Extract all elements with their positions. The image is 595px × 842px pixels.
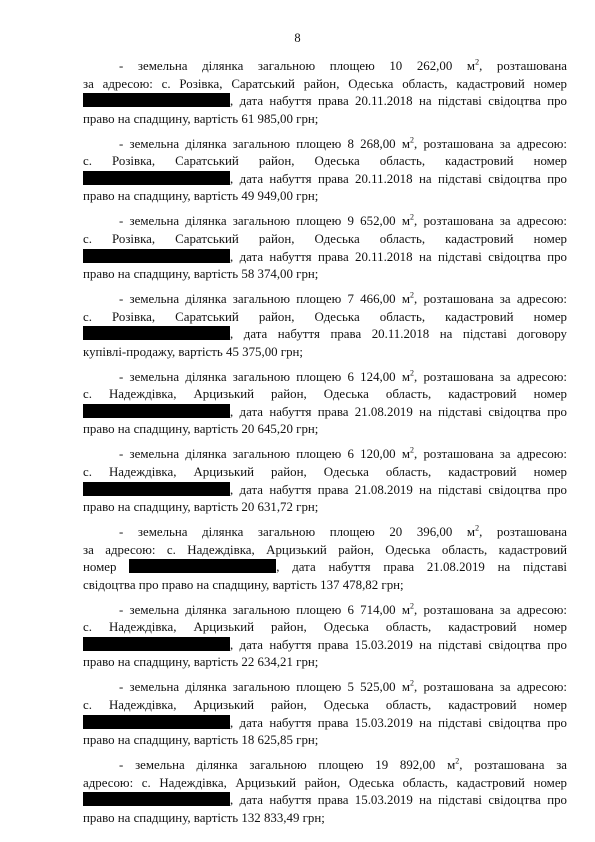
text-line: , дата набуття права 20.11.2018 на підст… xyxy=(83,326,567,344)
redacted-cadastral-number xyxy=(83,637,230,651)
list-item: - земельна ділянка загальною площею 9 65… xyxy=(83,213,567,283)
text-line: право на спадщину, вартість 132 833,49 г… xyxy=(83,810,567,828)
text-line: право на спадщину, вартість 18 625,85 гр… xyxy=(83,732,567,750)
redacted-cadastral-number xyxy=(83,792,230,806)
text-line: , дата набуття права 15.03.2019 на підст… xyxy=(83,637,567,655)
list-item: - земельна ділянка загальною площею 8 26… xyxy=(83,136,567,206)
redacted-cadastral-number xyxy=(83,326,230,340)
text-line: с. Розівка, Саратський район, Одеська об… xyxy=(83,153,567,171)
list-item: - земельна ділянка загальною площею 6 12… xyxy=(83,446,567,516)
text-line: - земельна ділянка загальною площею 9 65… xyxy=(83,213,567,231)
text-line: - земельна ділянка загальною площею 6 12… xyxy=(83,369,567,387)
text-line: , дата набуття права 21.08.2019 на підст… xyxy=(83,404,567,422)
text-line: - земельна ділянка загальною площею 20 3… xyxy=(83,524,567,542)
text-line: - земельна ділянка загальною площею 6 71… xyxy=(83,602,567,620)
text-line: , дата набуття права 20.11.2018 на підст… xyxy=(83,249,567,267)
text-line: право на спадщину, вартість 20 645,20 гр… xyxy=(83,421,567,439)
text-line: , дата набуття права 20.11.2018 на підст… xyxy=(83,93,567,111)
text-line: с. Надеждівка, Арцизький район, Одеська … xyxy=(83,619,567,637)
text-line: право на спадщину, вартість 58 374,00 гр… xyxy=(83,266,567,284)
text-line: за адресою: с. Розівка, Саратський район… xyxy=(83,76,567,94)
text-line: свідоцтва про право на спадщину, вартіст… xyxy=(83,577,567,595)
text-line: - земельна ділянка загальною площею 6 12… xyxy=(83,446,567,464)
redacted-cadastral-number xyxy=(83,93,230,107)
text-line: - земельна ділянка загальною площею 8 26… xyxy=(83,136,567,154)
redacted-cadastral-number xyxy=(83,715,230,729)
text-line: за адресою: с. Надеждівка, Арцизький рай… xyxy=(83,542,567,560)
text-line: право на спадщину, вартість 49 949,00 гр… xyxy=(83,188,567,206)
text-line: право на спадщину, вартість 22 634,21 гр… xyxy=(83,654,567,672)
text-line: с. Надеждівка, Арцизький район, Одеська … xyxy=(83,697,567,715)
document-body: - земельна ділянка загальною площею 10 2… xyxy=(83,58,567,835)
text-line: с. Розівка, Саратський район, Одеська об… xyxy=(83,231,567,249)
redacted-cadastral-number xyxy=(83,171,230,185)
text-line: , дата набуття права 20.11.2018 на підст… xyxy=(83,171,567,189)
redacted-cadastral-number xyxy=(83,249,230,263)
text-line: - земельна ділянка загальною площею 5 52… xyxy=(83,679,567,697)
list-item: - земельна ділянка загальною площею 10 2… xyxy=(83,58,567,128)
list-item: - земельна ділянка загальною площею 5 52… xyxy=(83,679,567,749)
redacted-cadastral-number xyxy=(83,482,230,496)
text-line: адресою: с. Надеждівка, Арцизький район,… xyxy=(83,775,567,793)
redacted-cadastral-number xyxy=(83,404,230,418)
text-line: купівлі-продажу, вартість 45 375,00 грн; xyxy=(83,344,567,362)
list-item: - земельна ділянка загальною площею 20 3… xyxy=(83,524,567,594)
list-item: - земельна ділянка загальною площею 6 71… xyxy=(83,602,567,672)
redacted-cadastral-number xyxy=(129,559,276,573)
text-line: - земельна ділянка загальною площею 19 8… xyxy=(83,757,567,775)
text-line: - земельна ділянка загальною площею 7 46… xyxy=(83,291,567,309)
text-line: право на спадщину, вартість 61 985,00 гр… xyxy=(83,111,567,129)
text-line: право на спадщину, вартість 20 631,72 гр… xyxy=(83,499,567,517)
list-item: - земельна ділянка загальною площею 6 12… xyxy=(83,369,567,439)
text-line: с. Розівка, Саратський район, Одеська об… xyxy=(83,309,567,327)
text-line: , дата набуття права 21.08.2019 на підст… xyxy=(83,482,567,500)
text-line: , дата набуття права 15.03.2019 на підст… xyxy=(83,715,567,733)
text-line: - земельна ділянка загальною площею 10 2… xyxy=(83,58,567,76)
text-line: , дата набуття права 15.03.2019 на підст… xyxy=(83,792,567,810)
text-line: с. Надеждівка, Арцизький район, Одеська … xyxy=(83,464,567,482)
page-number: 8 xyxy=(0,31,595,46)
list-item: - земельна ділянка загальною площею 19 8… xyxy=(83,757,567,827)
text-line: с. Надеждівка, Арцизький район, Одеська … xyxy=(83,386,567,404)
text-line: номер , дата набуття права 21.08.2019 на… xyxy=(83,559,567,577)
list-item: - земельна ділянка загальною площею 7 46… xyxy=(83,291,567,361)
